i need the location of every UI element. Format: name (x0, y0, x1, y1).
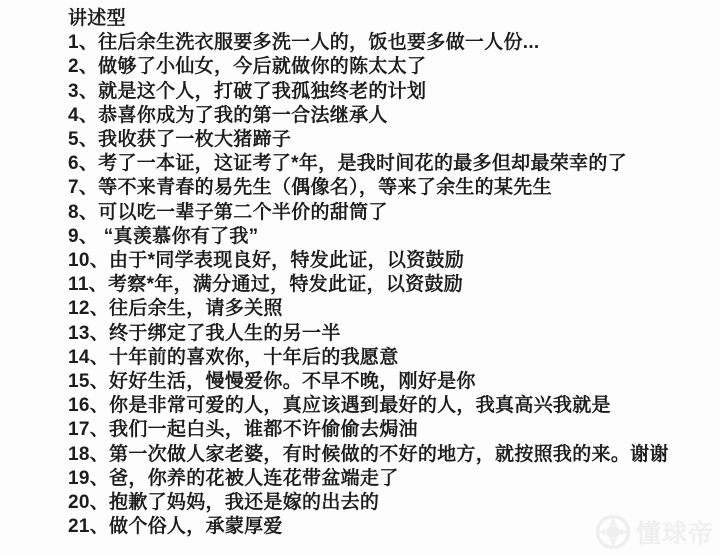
watermark-text: 懂球帝 (636, 514, 714, 550)
list-item: 3、就是这个人，打破了我孤独终老的计划 (68, 80, 710, 104)
list-item: 11、考察*年，满分通过，特发此证，以资鼓励 (68, 273, 710, 297)
list-item: 2、做够了小仙女，今后就做你的陈太太了 (68, 55, 710, 79)
page-title: 讲述型 (68, 7, 710, 31)
caption-list-content: 讲述型 1、往后余生洗衣服要多洗一人的，饭也要多做一人份...2、做够了小仙女，… (0, 0, 720, 539)
list-item: 19、爸，你养的花被人连花带盆端走了 (68, 467, 710, 491)
watermark-logo-icon (595, 514, 631, 550)
list-item: 1、往后余生洗衣服要多洗一人的，饭也要多做一人份... (68, 31, 710, 55)
list-item: 12、往后余生，请多关照 (68, 297, 710, 321)
list-item: 5、我收获了一枚大猪蹄子 (68, 128, 710, 152)
list-item: 7、等不来青春的易先生（偶像名），等来了余生的某先生 (68, 176, 710, 200)
list-item: 13、终于绑定了我人生的另一半 (68, 322, 710, 346)
list-item: 18、第一次做人家老婆，有时候做的不好的地方，就按照我的来。谢谢 (68, 443, 710, 467)
list-item: 8、可以吃一辈子第二个半价的甜筒了 (68, 201, 710, 225)
list-item: 16、你是非常可爱的人，真应该遇到最好的人，我真高兴我就是 (68, 394, 710, 418)
list-item: 9、 “真羡慕你有了我” (68, 225, 710, 249)
list-item: 15、好好生活，慢慢爱你。不早不晚，刚好是你 (68, 370, 710, 394)
list-item: 6、考了一本证，这证考了*年，是我时间花的最多但却最荣幸的了 (68, 152, 710, 176)
list-item: 20、抱歉了妈妈，我还是嫁的出去的 (68, 491, 710, 515)
caption-list: 1、往后余生洗衣服要多洗一人的，饭也要多做一人份...2、做够了小仙女，今后就做… (68, 31, 710, 539)
list-item: 14、十年前的喜欢你，十年后的我愿意 (68, 346, 710, 370)
list-item: 10、由于*同学表现良好，特发此证，以资鼓励 (68, 249, 710, 273)
caption-list-page: 讲述型 1、往后余生洗衣服要多洗一人的，饭也要多做一人份...2、做够了小仙女，… (0, 0, 720, 556)
list-item: 4、恭喜你成为了我的第一合法继承人 (68, 104, 710, 128)
list-item: 17、我们一起白头，谁都不许偷偷去焗油 (68, 418, 710, 442)
watermark: 懂球帝 (595, 514, 714, 550)
